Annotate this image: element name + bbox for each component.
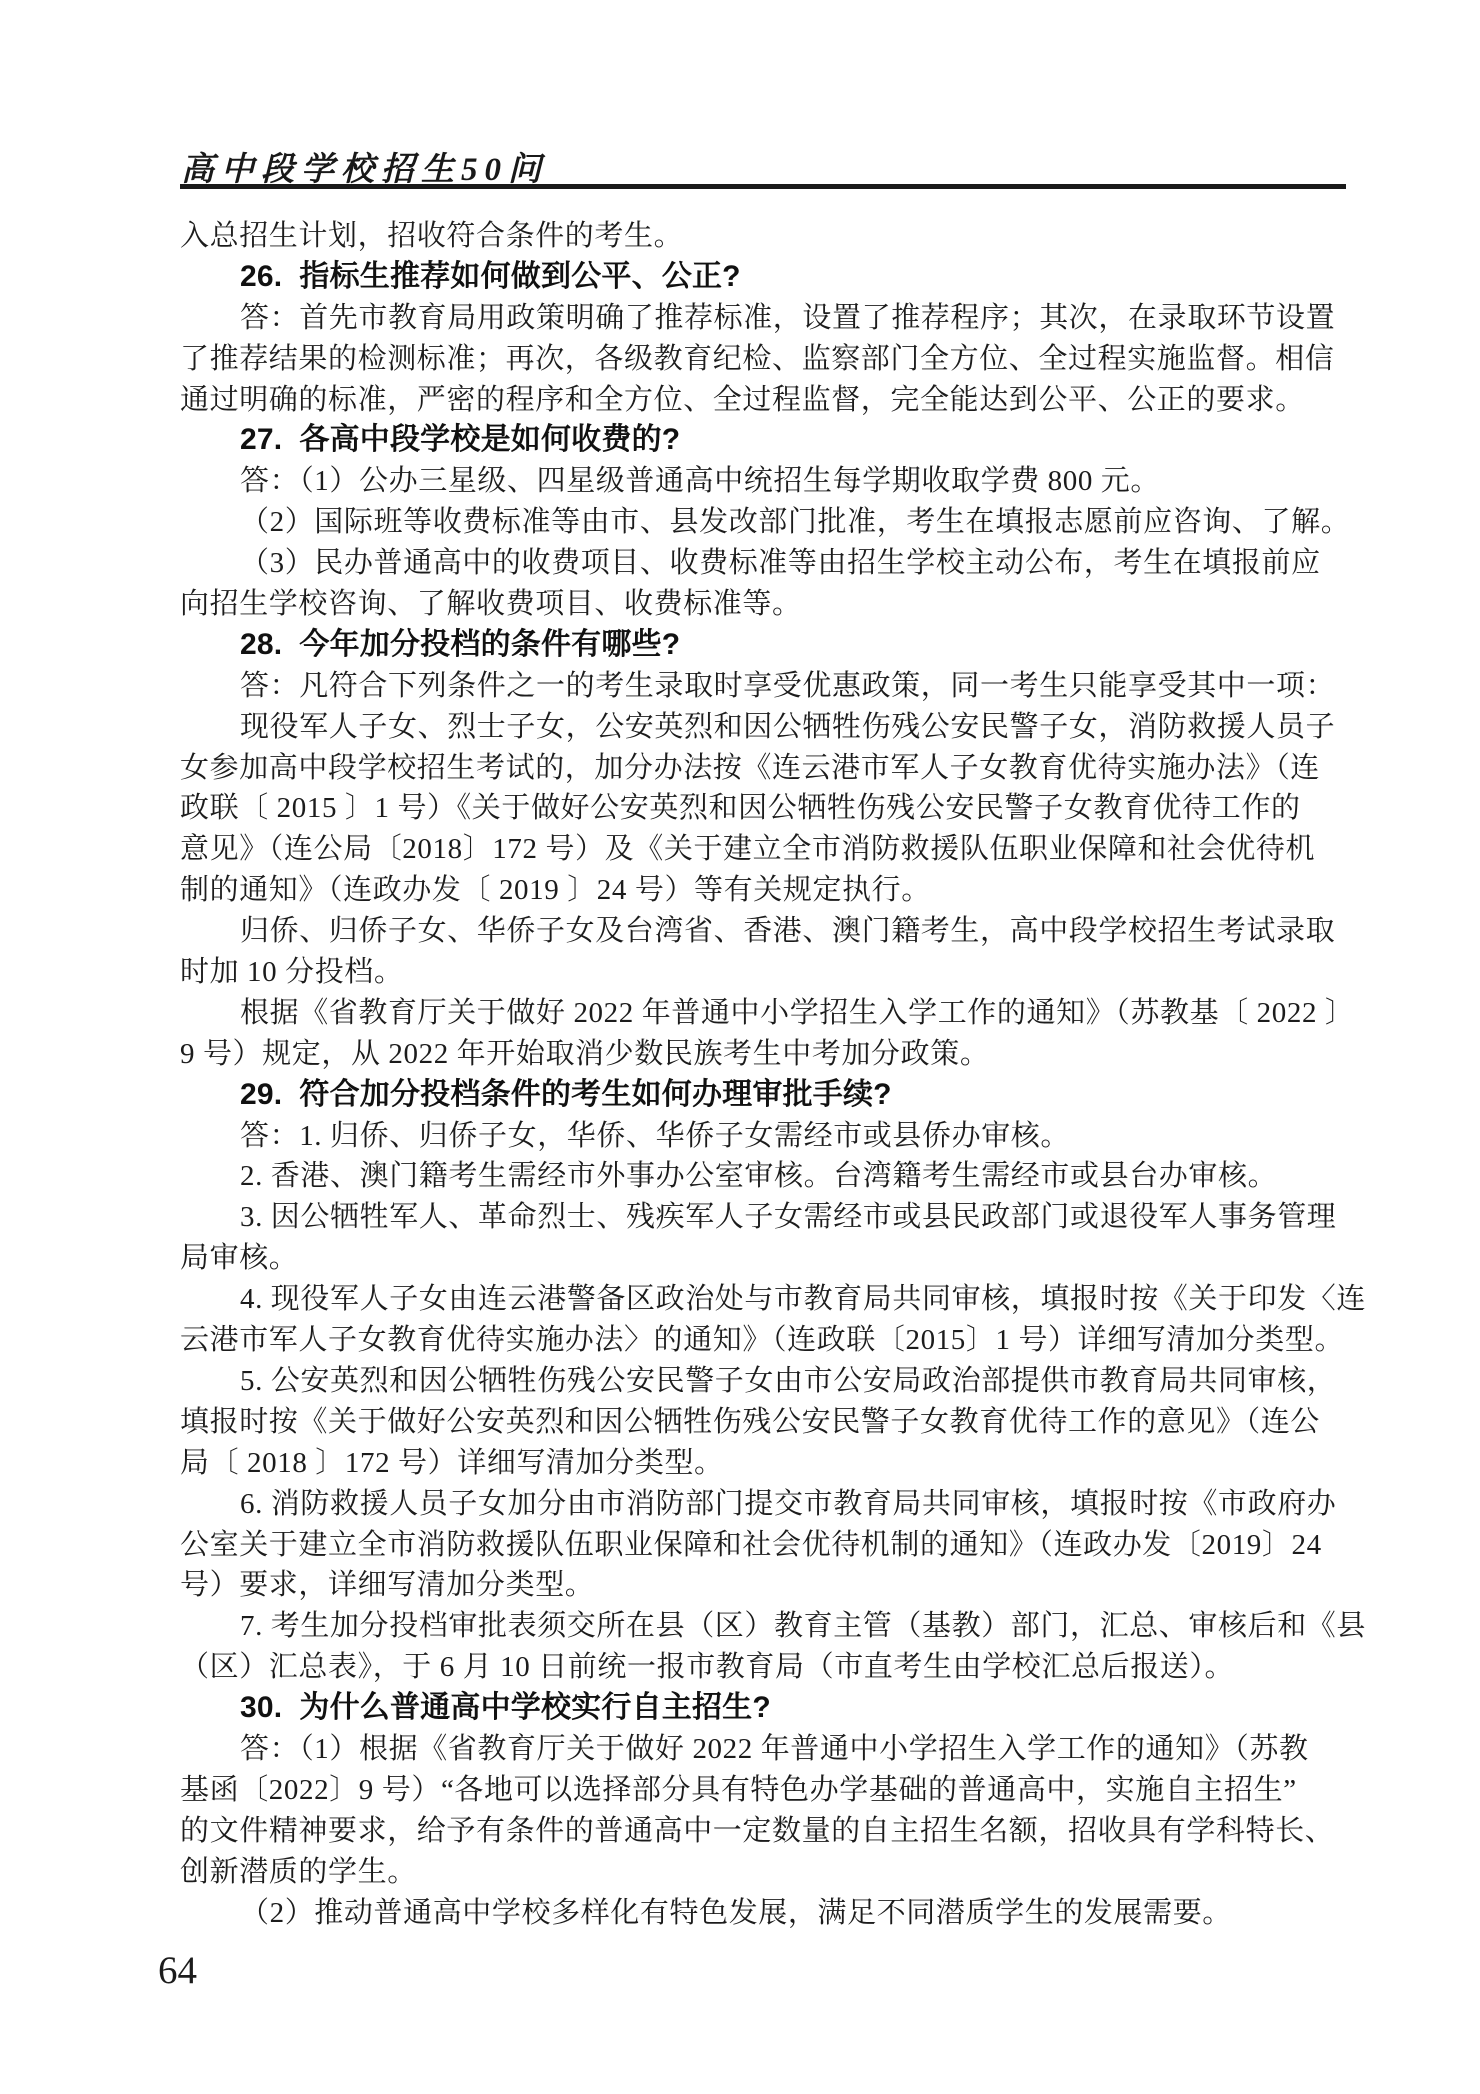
text-line: 政联〔 2015 〕1 号）《关于做好公安英烈和因公牺牲伤残公安民警子女教育优待… bbox=[180, 788, 1350, 829]
text-line: 答：（1）公办三星级、四星级普通高中统招生每学期收取学费 800 元。 bbox=[180, 461, 1350, 502]
text-line: （2）国际班等收费标准等由市、县发改部门批准，考生在填报志愿前应咨询、了解。 bbox=[180, 502, 1350, 543]
running-head-title: 高中段学校招生50问 bbox=[181, 143, 548, 190]
text-line: 根据《省教育厅关于做好 2022 年普通中小学招生入学工作的通知》（苏教基〔 2… bbox=[180, 993, 1350, 1034]
text-line: 号）要求，详细写清加分类型。 bbox=[180, 1565, 1350, 1606]
question-heading: 27. 各高中段学校是如何收费的? bbox=[180, 420, 1350, 461]
text-line: 局〔 2018 〕172 号）详细写清加分类型。 bbox=[180, 1443, 1350, 1484]
text-line: 制的通知》（连政办发〔 2019 〕24 号）等有关规定执行。 bbox=[180, 870, 1350, 911]
text-line: （区）汇总表》，于 6 月 10 日前统一报市教育局（市直考生由学校汇总后报送）… bbox=[180, 1647, 1350, 1688]
text-line: 时加 10 分投档。 bbox=[180, 952, 1350, 993]
text-line: 9 号）规定，从 2022 年开始取消少数民族考生中考加分政策。 bbox=[180, 1034, 1350, 1075]
text-line: 归侨、归侨子女、华侨子女及台湾省、香港、澳门籍考生，高中段学校招生考试录取 bbox=[180, 911, 1350, 952]
text-line: （2）推动普通高中学校多样化有特色发展，满足不同潜质学生的发展需要。 bbox=[180, 1893, 1350, 1934]
text-line: 向招生学校咨询、了解收费项目、收费标准等。 bbox=[180, 584, 1350, 625]
text-line: 填报时按《关于做好公安英烈和因公牺牲伤残公安民警子女教育优待工作的意见》（连公 bbox=[180, 1402, 1350, 1443]
text-line: 的文件精神要求，给予有条件的普通高中一定数量的自主招生名额，招收具有学科特长、 bbox=[180, 1811, 1350, 1852]
page-number: 64 bbox=[158, 1948, 197, 1993]
text-line: 2. 香港、澳门籍考生需经市外事办公室审核。台湾籍考生需经市或县台办审核。 bbox=[180, 1156, 1350, 1197]
text-line: 入总招生计划，招收符合条件的考生。 bbox=[180, 216, 1350, 257]
text-line: （3）民办普通高中的收费项目、收费标准等由招生学校主动公布，考生在填报前应 bbox=[180, 543, 1350, 584]
text-line: 了推荐结果的检测标准；再次，各级教育纪检、监察部门全方位、全过程实施监督。相信 bbox=[180, 339, 1350, 380]
document-page: 高中段学校招生50问 入总招生计划，招收符合条件的考生。26. 指标生推荐如何做… bbox=[0, 0, 1480, 2094]
question-heading: 26. 指标生推荐如何做到公平、公正? bbox=[180, 257, 1350, 298]
text-line: 通过明确的标准，严密的程序和全方位、全过程监督，完全能达到公平、公正的要求。 bbox=[180, 380, 1350, 421]
question-heading: 30. 为什么普通高中学校实行自主招生? bbox=[180, 1688, 1350, 1729]
text-line: 基函〔2022〕9 号）“各地可以选择部分具有特色办学基础的普通高中，实施自主招… bbox=[180, 1770, 1350, 1811]
text-line: 公室关于建立全市消防救援队伍职业保障和社会优待机制的通知》（连政办发〔2019〕… bbox=[180, 1525, 1350, 1566]
text-line: 答：首先市教育局用政策明确了推荐标准，设置了推荐程序；其次，在录取环节设置 bbox=[180, 298, 1350, 339]
text-line: 意见》（连公局〔2018〕172 号）及《关于建立全市消防救援队伍职业保障和社会… bbox=[180, 829, 1350, 870]
text-line: 6. 消防救援人员子女加分由市消防部门提交市教育局共同审核，填报时按《市政府办 bbox=[180, 1484, 1350, 1525]
text-line: 3. 因公牺牲军人、革命烈士、残疾军人子女需经市或县民政部门或退役军人事务管理 bbox=[180, 1197, 1350, 1238]
text-line: 局审核。 bbox=[180, 1238, 1350, 1279]
text-line: 云港市军人子女教育优待实施办法〉的通知》（连政联〔2015〕1 号）详细写清加分… bbox=[180, 1320, 1350, 1361]
text-line: 7. 考生加分投档审批表须交所在县（区）教育主管（基教）部门，汇总、审核后和《县 bbox=[180, 1606, 1350, 1647]
text-line: 4. 现役军人子女由连云港警备区政治处与市教育局共同审核，填报时按《关于印发〈连 bbox=[180, 1279, 1350, 1320]
question-heading: 28. 今年加分投档的条件有哪些? bbox=[180, 625, 1350, 666]
text-line: 女参加高中段学校招生考试的，加分办法按《连云港市军人子女教育优待实施办法》（连 bbox=[180, 748, 1350, 789]
text-line: 5. 公安英烈和因公牺牲伤残公安民警子女由市公安局政治部提供市教育局共同审核， bbox=[180, 1361, 1350, 1402]
text-line: 答：凡符合下列条件之一的考生录取时享受优惠政策，同一考生只能享受其中一项： bbox=[180, 666, 1350, 707]
text-line: 现役军人子女、烈士子女，公安英烈和因公牺牲伤残公安民警子女，消防救援人员子 bbox=[180, 707, 1350, 748]
text-lines: 入总招生计划，招收符合条件的考生。26. 指标生推荐如何做到公平、公正?答：首先… bbox=[180, 216, 1350, 1933]
text-line: 创新潜质的学生。 bbox=[180, 1852, 1350, 1893]
text-line: 答：1. 归侨、归侨子女，华侨、华侨子女需经市或县侨办审核。 bbox=[180, 1116, 1350, 1157]
header-rule bbox=[180, 184, 1346, 189]
question-heading: 29. 符合加分投档条件的考生如何办理审批手续? bbox=[180, 1075, 1350, 1116]
text-line: 答：（1）根据《省教育厅关于做好 2022 年普通中小学招生入学工作的通知》（苏… bbox=[180, 1729, 1350, 1770]
